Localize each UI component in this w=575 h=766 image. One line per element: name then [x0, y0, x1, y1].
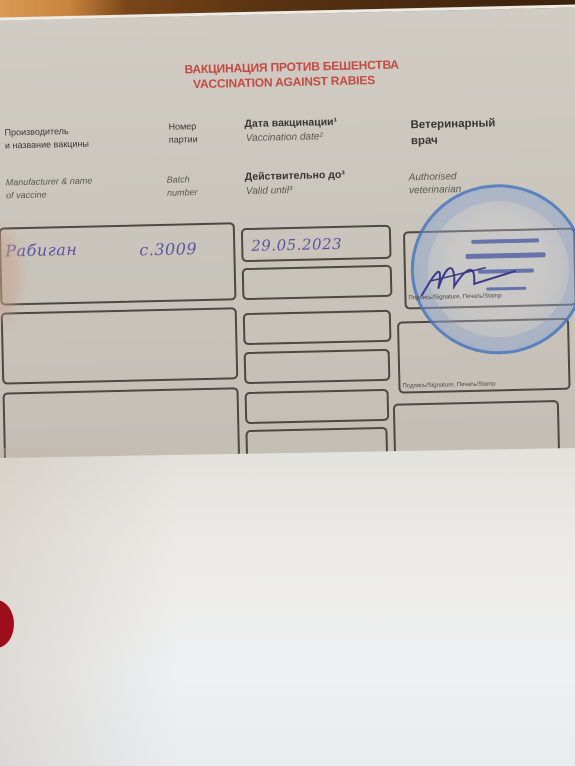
date-box-2 [243, 310, 392, 345]
valid-until-box-2 [244, 349, 391, 384]
header-vet-en: Authorised veterinarian [409, 170, 462, 197]
header-valid-until-ru: Действительно до³ [245, 169, 345, 184]
header-valid-until-en: Valid until³ [246, 184, 293, 198]
header-batch-en: Batch number [167, 173, 198, 200]
date-box-3 [245, 389, 390, 424]
header-vacc-date-en: Vaccination date² [246, 130, 323, 145]
valid-until-box-1 [242, 265, 393, 300]
handwritten-vaccination-date: 29.05.2023 [251, 235, 342, 255]
header-batch-ru: Номер партии [168, 120, 197, 147]
entry-box-vaccine-1 [0, 222, 236, 305]
lower-page-shadow [0, 448, 180, 766]
header-manufacturer-ru: Производитель и название вакцины [4, 125, 89, 153]
header-manufacturer-en: Manufacturer & name of vaccine [6, 174, 93, 202]
entry-box-vaccine-2 [1, 307, 239, 384]
header-vacc-date-ru: Дата вакцинации¹ [244, 116, 337, 131]
header-vet-ru: Ветеринарный врач [410, 115, 496, 149]
vaccination-card-page: ВАКЦИНАЦИЯ ПРОТИВ БЕШЕНСТВА VACCINATION … [0, 4, 575, 478]
handwritten-batch-number: с.3009 [139, 239, 197, 259]
